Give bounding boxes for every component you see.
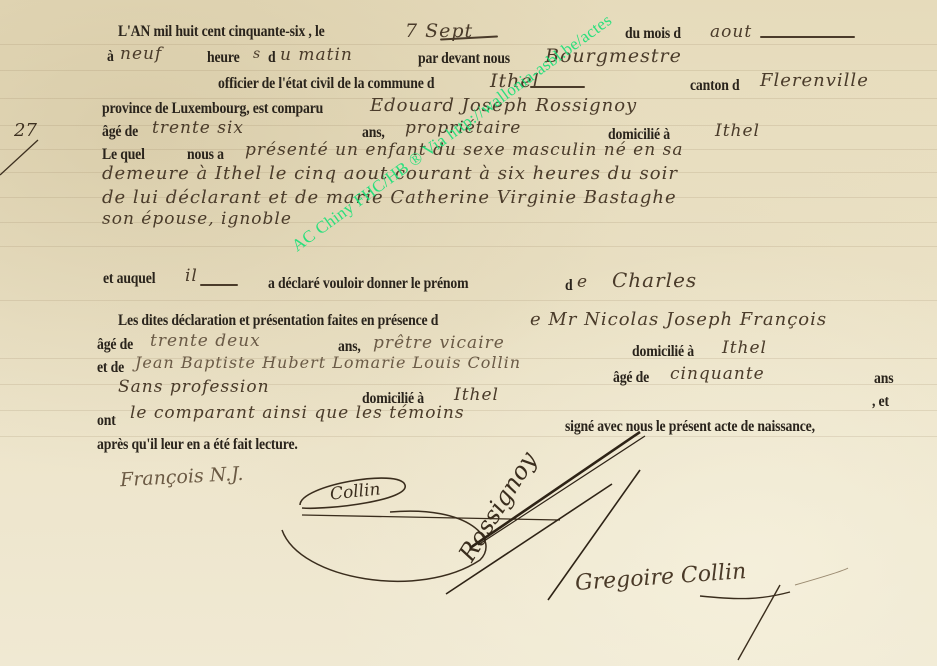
signature-gregoire-collin: Gregoire Collin	[574, 559, 747, 596]
handwritten-prenom: Charles	[612, 268, 697, 292]
handwritten-signers: le comparant ainsi que les témoins	[130, 403, 465, 423]
signature-collin: Collin	[329, 479, 381, 504]
printed-ans-label-3: ans	[874, 370, 893, 388]
ruled-line	[0, 246, 937, 247]
handwritten-witness-2-profession: Sans profession	[118, 377, 270, 397]
ruled-line	[0, 300, 937, 301]
printed-province-text: province de Luxembourg, est comparu	[102, 100, 323, 118]
printed-et-label: , et	[872, 393, 889, 411]
margin-record-number: 27	[14, 120, 37, 141]
printed-auquel-label: et auquel	[103, 270, 155, 288]
printed-signe-text: signé avec nous le présent acte de naiss…	[565, 418, 815, 436]
printed-lequel-label: Le quel	[102, 146, 145, 164]
handwritten-witness-2-name: Jean Baptiste Hubert Lomarie Louis Colli…	[135, 353, 521, 372]
signature-francois: François N.J.	[120, 463, 244, 491]
printed-a-label: à	[107, 48, 114, 66]
handwritten-prenom-prefix: e	[577, 272, 588, 292]
handwritten-month: aout	[710, 22, 752, 42]
printed-age-label-2: âgé de	[97, 336, 133, 354]
handwritten-witness-1-profession: prêtre vicaire	[373, 333, 505, 353]
handwritten-declarant-domicile: Ithel	[715, 121, 760, 141]
printed-officer-text: officier de l'état civil de la commune d	[218, 75, 434, 93]
handwritten-witness-2-age: cinquante	[670, 364, 765, 384]
handwritten-witness-2-domicile: Ithel	[454, 385, 499, 405]
handwritten-witness-1-name: e Mr Nicolas Joseph François	[530, 309, 827, 330]
handwritten-time-of-day: u matin	[280, 45, 353, 65]
handwritten-witness-1-domicile: Ithel	[722, 338, 767, 358]
printed-declaration-text: Les dites déclaration et présentation fa…	[118, 312, 438, 330]
printed-ont-label: ont	[97, 412, 116, 430]
printed-age-label: âgé de	[102, 123, 138, 141]
signature-rossignoy: Rossignoy	[453, 447, 542, 567]
printed-hour-label: heure	[207, 49, 240, 67]
printed-d-label: d	[268, 49, 275, 67]
fill-dash	[760, 36, 855, 38]
printed-et-de-label: et de	[97, 359, 124, 377]
handwritten-body-line-4: son épouse, ignoble	[102, 209, 292, 229]
printed-devant-label: par devant nous	[418, 50, 510, 68]
printed-lecture-text: après qu'il leur en a été fait lecture.	[97, 436, 298, 454]
printed-year-text: L'AN mil huit cent cinquante-six , le	[118, 23, 325, 41]
handwritten-auquel: il	[185, 266, 198, 286]
printed-nous-label: nous a	[187, 146, 224, 164]
fill-dash	[200, 284, 238, 286]
handwritten-witness-1-age: trente deux	[150, 331, 261, 351]
printed-canton-label: canton d	[690, 77, 739, 95]
printed-month-label: du mois d	[625, 25, 681, 43]
handwritten-hour-suffix: s	[253, 46, 261, 62]
handwritten-canton: Flerenville	[760, 70, 869, 91]
printed-de-label: d	[565, 277, 572, 295]
printed-domicile-label-2: domicilié à	[632, 343, 694, 361]
printed-age-label-3: âgé de	[613, 369, 649, 387]
fill-dash	[530, 86, 585, 88]
handwritten-declarant-age: trente six	[152, 118, 244, 138]
handwritten-hour: neuf	[120, 44, 162, 64]
handwritten-presented-text: présenté un enfant du sexe masculin né e…	[245, 140, 683, 160]
printed-declare-text: a déclaré vouloir donner le prénom	[268, 275, 468, 293]
